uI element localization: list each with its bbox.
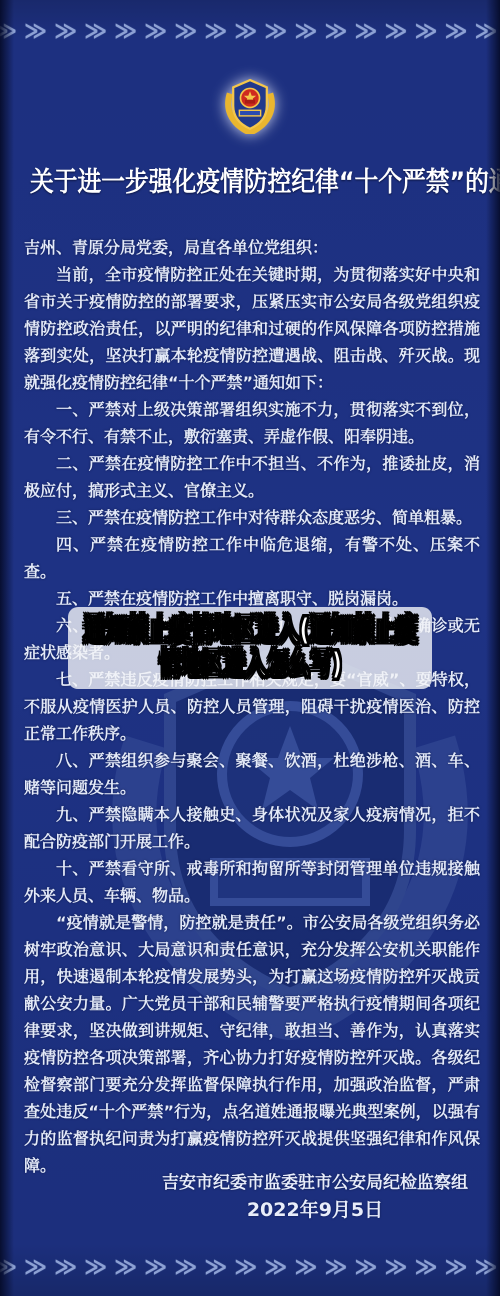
- signature-block: 吉安市纪委市监委驻市公安局纪检监察组 2022年9月5日: [150, 1170, 480, 1224]
- intro-paragraph: 当前，全市疫情防控正处在关键时期，为贯彻落实好中央和省市关于疫情防控的部署要求，…: [24, 261, 480, 396]
- chevron-band-bottom-icon: ≫≫≫≫≫≫≫≫≫≫≫≫≫≫≫≫≫≫≫≫≫≫: [0, 1258, 500, 1280]
- closing-paragraph: “疫情就是警情，防控就是责任”。市公安局各级党组织务必树牢政治意识、大局意识和责…: [24, 909, 480, 1179]
- salutation: 吉州、青原分局党委，局直各单位党组织：: [24, 234, 480, 261]
- overlay-caption-line1: 通知禁止疫情地区进入(通知禁止疫: [68, 614, 432, 648]
- prohibition-item-9: 九、严禁隐瞒本人接触史、身体状况及家人疫病情况，拒不配合防疫部门开展工作。: [24, 801, 480, 855]
- prohibition-item-1: 一、严禁对上级决策部署组织实施不力，贯彻落实不到位，有令不行、有禁不止，敷衍塞责…: [24, 396, 480, 450]
- police-emblem-icon: [222, 72, 278, 134]
- signature: 吉安市纪委市监委驻市公安局纪检监察组: [150, 1170, 480, 1196]
- prohibition-item-8: 八、严禁组织参与聚会、聚餐、饮酒，杜绝涉枪、酒、车、赌等问题发生。: [24, 747, 480, 801]
- issue-date: 2022年9月5日: [150, 1196, 480, 1224]
- notice-poster: ≫≫≫≫≫≫≫≫≫≫≫≫≫≫≫≫≫≫≫≫≫≫ 关于进一步强化疫情防控纪律“十个严…: [0, 0, 500, 1296]
- prohibition-item-10: 十、严禁看守所、戒毒所和拘留所等封闭管理单位违规接触外来人员、车辆、物品。: [24, 855, 480, 909]
- notice-body: 吉州、青原分局党委，局直各单位党组织： 当前，全市疫情防控正处在关键时期，为贯彻…: [24, 234, 480, 1179]
- notice-title: 关于进一步强化疫情防控纪律“十个严禁”的通知: [30, 160, 470, 199]
- prohibition-item-2: 二、严禁在疫情防控工作中不担当、不作为，推诿扯皮，消极应付，搞形式主义、官僚主义…: [24, 450, 480, 504]
- prohibition-item-4: 四、严禁在疫情防控工作中临危退缩，有警不处、压案不查。: [24, 531, 480, 585]
- prohibition-item-3: 三、严禁在疫情防控工作中对待群众态度恶劣、简单粗暴。: [24, 504, 480, 531]
- overlay-caption-line2: 情地区进入怎么写): [68, 648, 432, 682]
- seo-overlay-caption: 通知禁止疫情地区进入(通知禁止疫 情地区进入怎么写): [68, 607, 432, 689]
- chevron-band-top-icon: ≫≫≫≫≫≫≫≫≫≫≫≫≫≫≫≫≫≫≫≫≫≫: [0, 22, 500, 44]
- overlay-caption-text: 通知禁止疫情地区进入(通知禁止疫 情地区进入怎么写): [68, 614, 432, 682]
